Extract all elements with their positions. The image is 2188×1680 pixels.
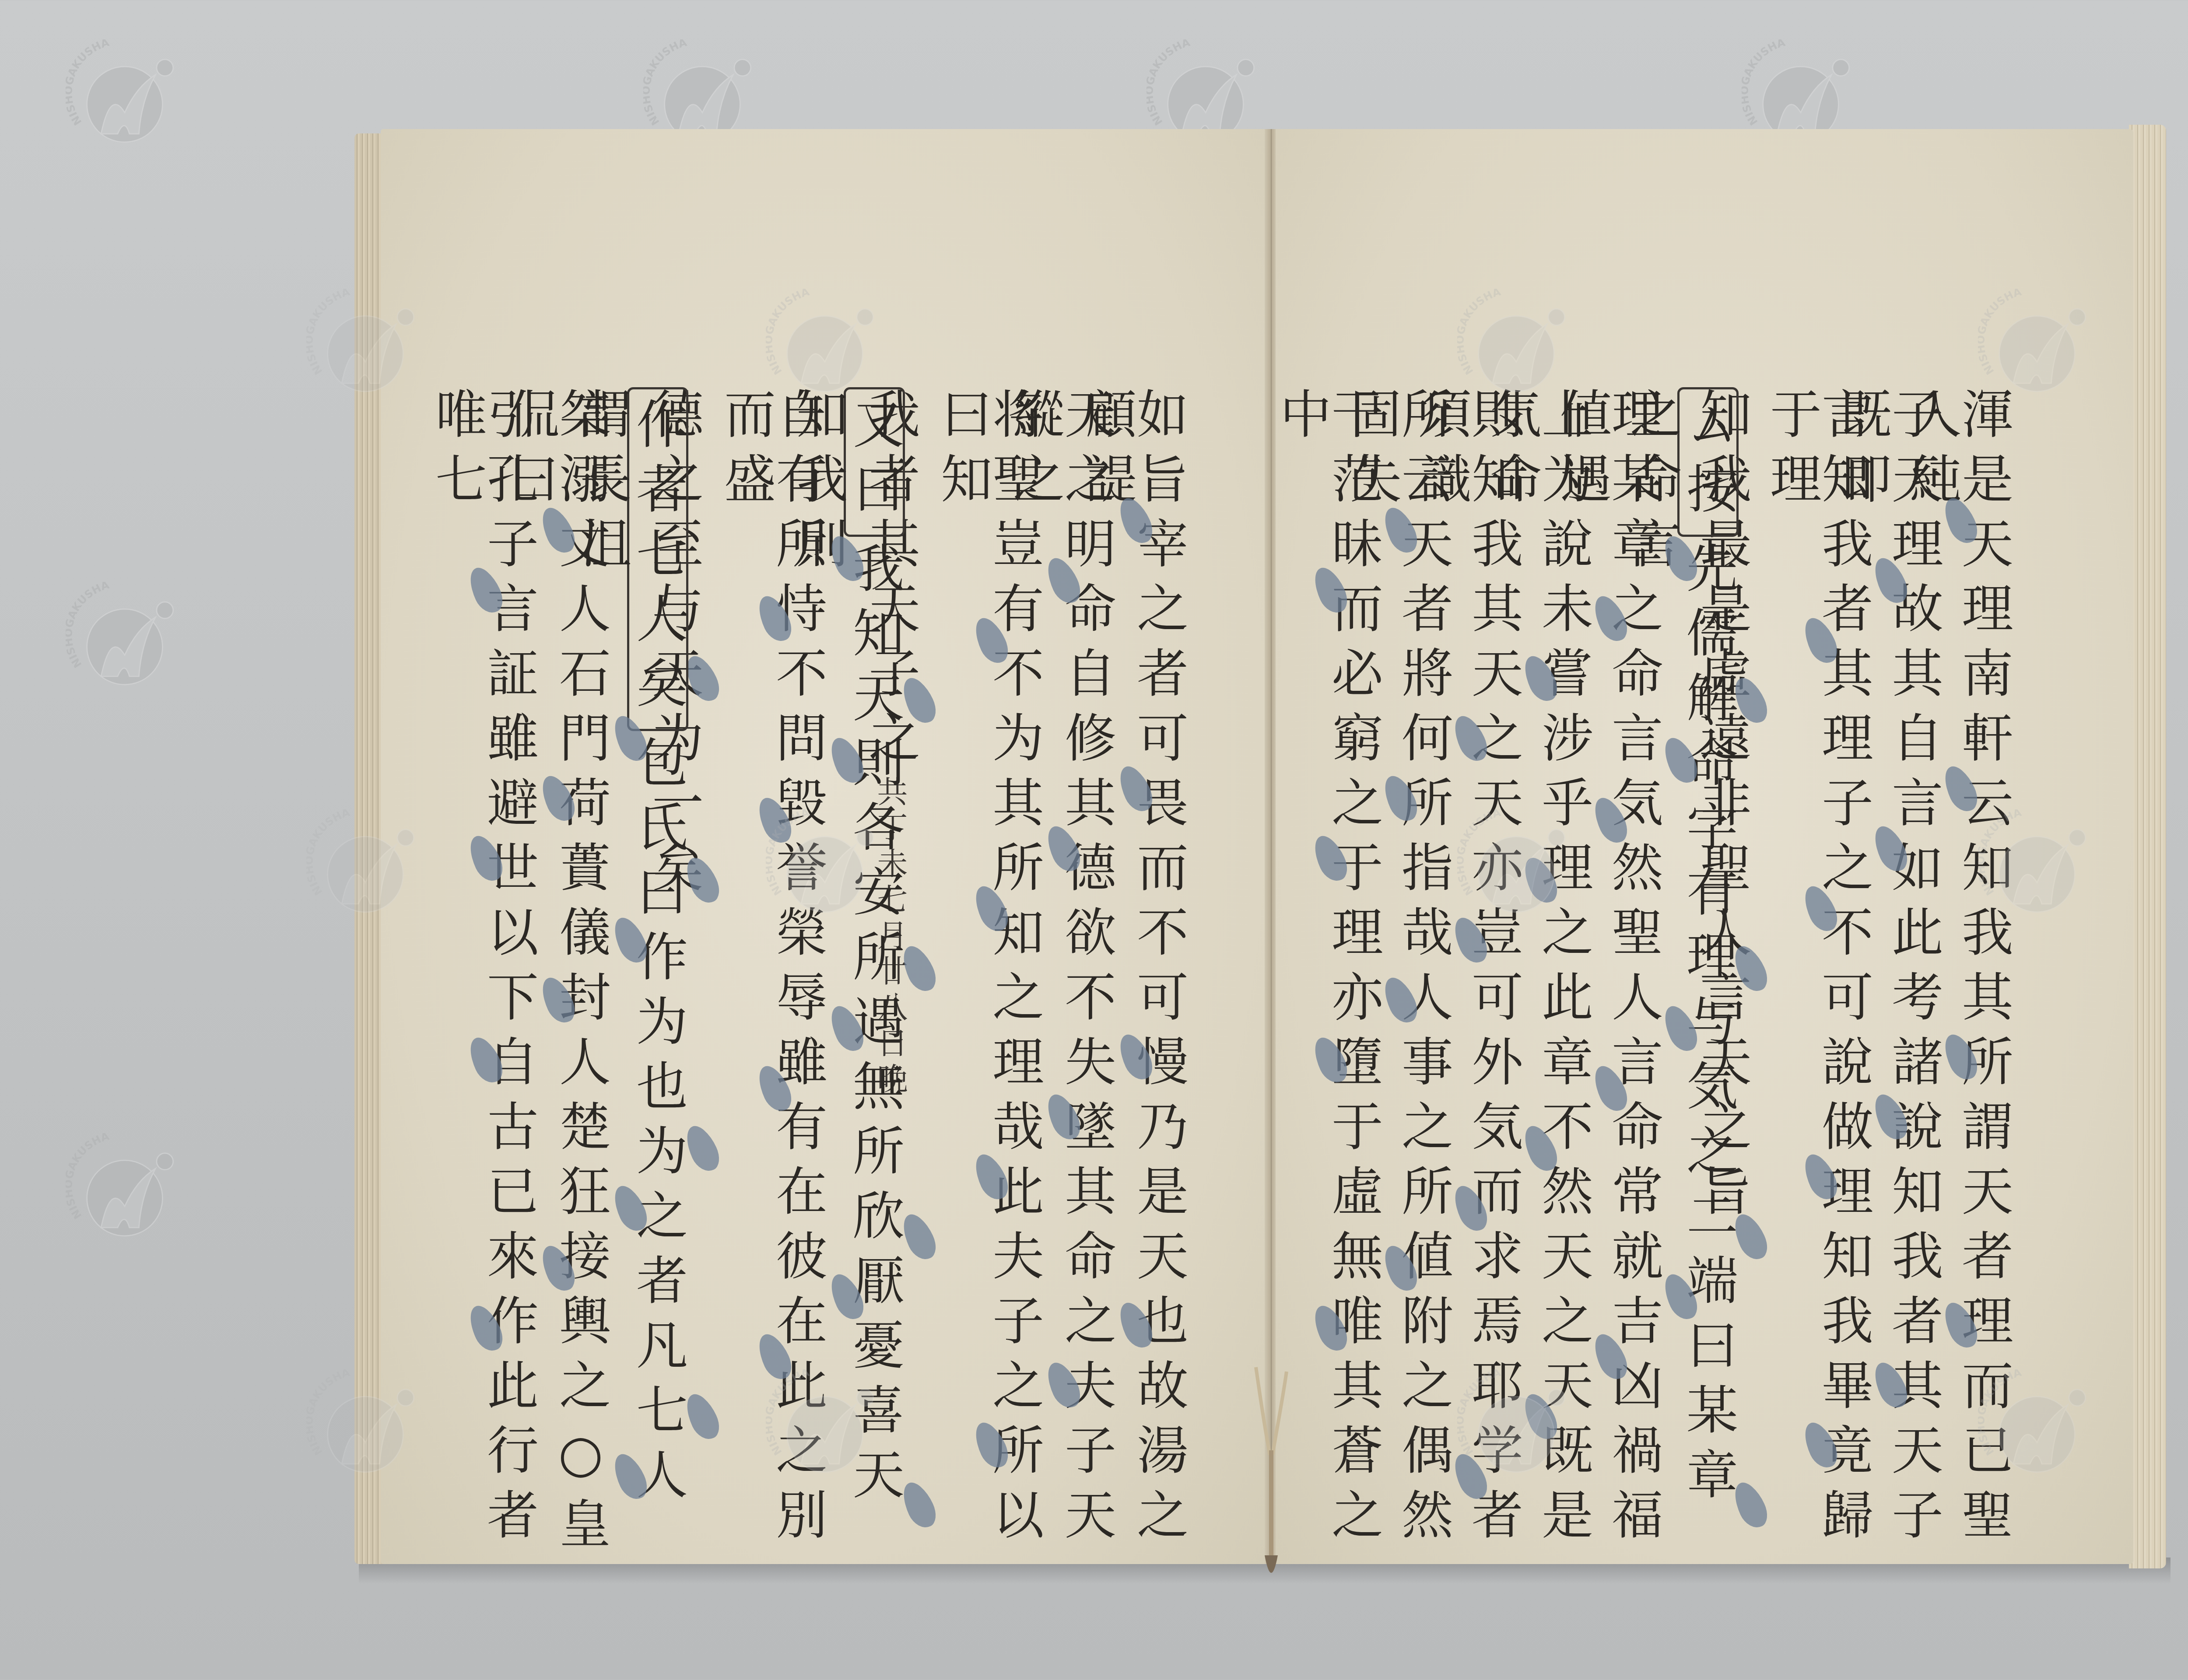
text-column: 干范昧而必窮之于理亦墮于虛無唯其蒼之中 <box>1276 387 1379 1564</box>
nishogakusha-logo-icon: NISHOGAKUSHA <box>306 289 424 407</box>
text-column: 言知我者其理子之不可說做理知我畢竟歸于理 <box>1766 387 1869 1564</box>
nishogakusha-logo-icon: NISHOGAKUSHA <box>66 1133 184 1251</box>
column-text: 将聖豈有不为其所知之理哉此夫子之所以曰知 <box>932 387 1044 1553</box>
nishogakusha-logo-icon: NISHOGAKUSHA <box>1978 1369 2096 1487</box>
column-text: 言知我者其理子之不可說做理知我畢竟歸于理 <box>1761 387 1873 1553</box>
nishogakusha-logo-icon: NISHOGAKUSHA <box>66 39 184 157</box>
nishogakusha-logo-icon: NISHOGAKUSHA <box>306 809 424 927</box>
column-text: 引孔子言証雖避世以下自古已來作此行者唯七 <box>427 387 539 1553</box>
nishogakusha-logo-icon: NISHOGAKUSHA <box>1978 289 2096 407</box>
nishogakusha-logo-icon: NISHOGAKUSHA <box>1457 1369 1575 1487</box>
page-stack-right-edge <box>2129 125 2166 1568</box>
boxed-heading: ム按 <box>1677 387 1739 537</box>
nishogakusha-logo-icon: NISHOGAKUSHA <box>1978 809 2096 927</box>
nishogakusha-logo-icon: NISHOGAKUSHA <box>66 582 184 700</box>
text-column: 引孔子言証雖避世以下自古已來作此行者唯七 <box>431 387 534 1564</box>
nishogakusha-logo-icon: NISHOGAKUSHA <box>1457 289 1575 407</box>
binding-thread-icon <box>1252 1363 1291 1590</box>
boxed-heading: 作者七人矣 <box>627 387 688 731</box>
nishogakusha-logo-icon: NISHOGAKUSHA <box>1457 809 1575 927</box>
nishogakusha-logo-icon: NISHOGAKUSHA <box>766 289 884 407</box>
text-column: 将聖豈有不为其所知之理哉此夫子之所以曰知 <box>936 387 1040 1564</box>
nishogakusha-logo-icon: NISHOGAKUSHA <box>306 1369 424 1487</box>
nishogakusha-logo-icon: NISHOGAKUSHA <box>766 809 884 927</box>
nishogakusha-logo-icon: NISHOGAKUSHA <box>766 1369 884 1487</box>
boxed-heading: 又曰 <box>844 387 905 537</box>
open-book: 如旨宰之者可畏而不可慢乃是天也故湯之顧諟天之明命自修其德欲不失墜其命之夫子天縱之… <box>354 125 2166 1568</box>
